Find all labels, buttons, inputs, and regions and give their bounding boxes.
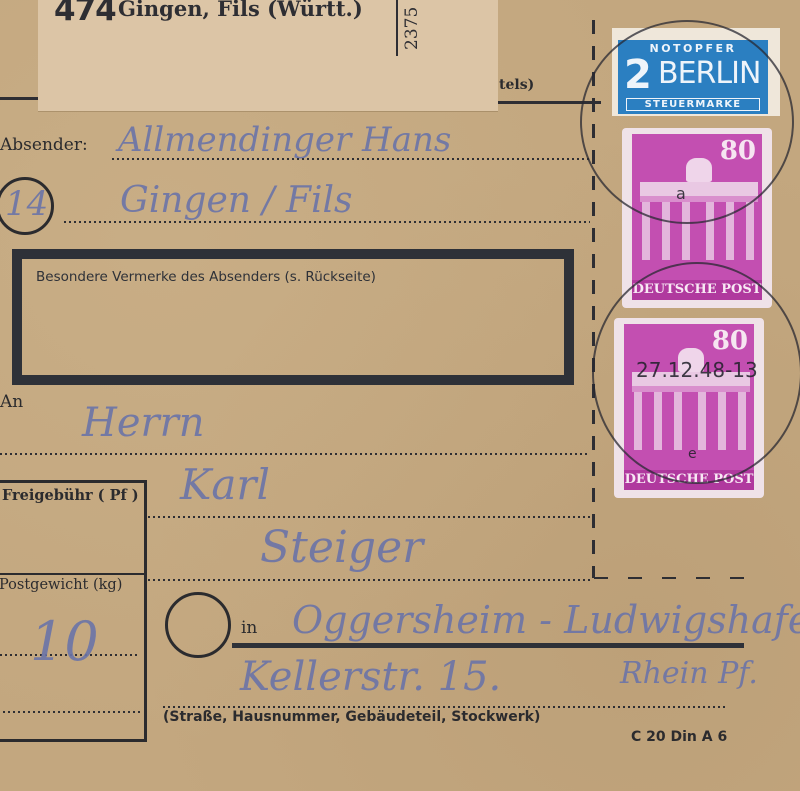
- absender-label: Absender:: [0, 135, 88, 155]
- recipient-first-name: Karl: [180, 460, 270, 509]
- recipient-last-name: Steiger: [260, 522, 423, 573]
- label-number: 474: [54, 0, 116, 28]
- street-extra: Rhein Pf.: [620, 656, 758, 691]
- dotted-line: [148, 579, 590, 581]
- freigebuehr-label: Freigebühr ( Pf ): [2, 487, 139, 504]
- postmark-letter: e: [688, 446, 697, 462]
- address-hint: (Straße, Hausnummer, Gebäudeteil, Stockw…: [163, 709, 540, 725]
- zone-number: 14: [5, 184, 48, 224]
- pasted-label: 474 Gingen, Fils (Württ.) 2375: [38, 0, 498, 111]
- dotted-line: [148, 516, 590, 518]
- recipient-title: Herrn: [82, 400, 205, 446]
- dotted-line: [112, 158, 590, 160]
- rule: [0, 97, 38, 100]
- an-label: An: [0, 392, 23, 412]
- sender-city: Gingen / Fils: [120, 180, 353, 221]
- label-code-text: 2375: [402, 7, 422, 50]
- destination-city: Oggersheim - Ludwigshafen: [292, 598, 800, 642]
- label-code: 2375: [396, 0, 424, 56]
- weight-value: 10: [30, 610, 99, 673]
- dotted-line: [163, 706, 725, 708]
- label-city: Gingen, Fils (Württ.): [118, 0, 363, 21]
- street-address: Kellerstr. 15.: [240, 654, 501, 700]
- sender-notes-label: Besondere Vermerke des Absenders (s. Rüc…: [36, 269, 376, 285]
- sender-name: Allmendinger Hans: [118, 120, 451, 160]
- postcode-circle: [165, 592, 231, 658]
- postmark: [580, 20, 794, 224]
- destination-line: [232, 643, 744, 648]
- postgewicht-label: Postgewicht (kg): [0, 577, 122, 593]
- stamp-area-border: [594, 577, 764, 579]
- postmark-date: 27.12.48-13: [636, 358, 758, 382]
- dotted-line: [64, 221, 590, 223]
- postmark-letter: a: [676, 184, 686, 203]
- sender-notes-box: Besondere Vermerke des Absenders (s. Rüc…: [12, 249, 574, 385]
- dotted-line: [3, 711, 140, 713]
- header-fragment: tels): [499, 77, 534, 93]
- divider: [0, 573, 144, 575]
- dotted-line: [0, 453, 590, 455]
- form-code: C 20 Din A 6: [631, 729, 727, 745]
- in-label: in: [241, 618, 257, 638]
